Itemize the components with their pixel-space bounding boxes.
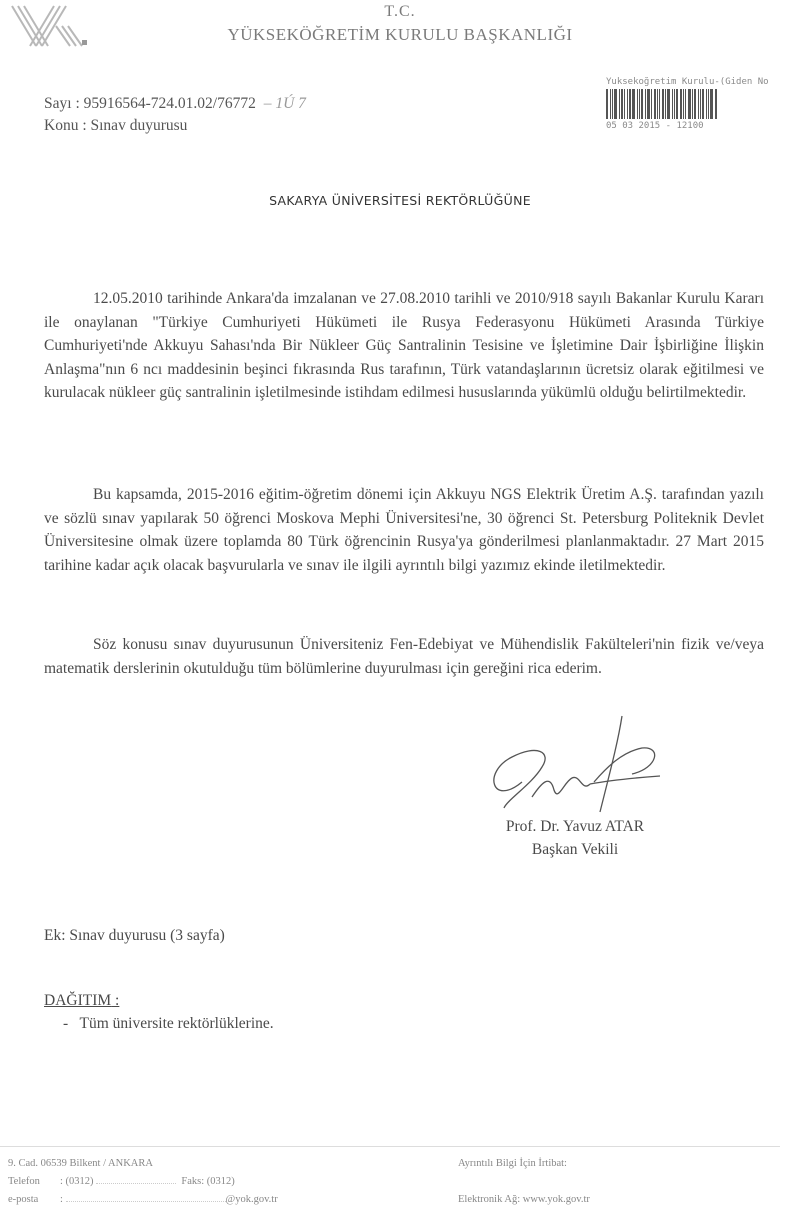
footer-address: 9. Cad. 06539 Bilkent / ANKARA (8, 1155, 278, 1173)
footer-divider (0, 1146, 780, 1147)
footer-phone: Telefon: (0312) Faks: (0312) (8, 1173, 278, 1191)
footer-fax: Faks: (0312) (181, 1176, 234, 1187)
footer-email: e-posta: @yok.gov.tr (8, 1191, 278, 1209)
registry-stamp: Yuksekoğretim Kurulu-(Giden No 05 03 201… (606, 77, 800, 131)
letterhead-tc: T.C. (0, 3, 800, 21)
handwritten-signature-icon (482, 712, 672, 817)
paragraph-3: Söz konusu sınav duyurusunun Üniversiten… (44, 633, 764, 680)
paragraph-1: 12.05.2010 tarihinde Ankara'da imzalanan… (44, 287, 764, 405)
letterhead-institution: YÜKSEKÖĞRETİM KURULU BAŞKANLIĞI (0, 25, 800, 45)
subject: Konu : Sınav duyurusu (44, 117, 187, 135)
footer-email-domain[interactable]: @yok.gov.tr (226, 1194, 278, 1205)
stamp-text: Yuksekoğretim Kurulu-(Giden No (606, 77, 800, 87)
footer-contact-label: Ayrıntılı Bilgi İçin İrtibat: (458, 1155, 590, 1173)
sayi-value: : 95916564-724.01.02/76772 (75, 95, 255, 112)
footer-address-block: 9. Cad. 06539 Bilkent / ANKARA Telefon: … (8, 1155, 278, 1209)
paragraph-2: Bu kapsamda, 2015-2016 eğitim-öğretim dö… (44, 483, 764, 577)
signatory: Prof. Dr. Yavuz ATAR Başkan Vekili (440, 815, 710, 861)
footer-website[interactable]: Elektronik Ağ: www.yok.gov.tr (458, 1191, 590, 1209)
stamp-date: 05 03 2015 - 12100 (606, 121, 800, 131)
signatory-name: Prof. Dr. Yavuz ATAR (440, 815, 710, 838)
reference-number: Sayı : 95916564-724.01.02/76772 – 1Ú 7 (44, 95, 306, 113)
konu-value: : Sınav duyurusu (82, 117, 187, 134)
signatory-title: Başkan Vekili (440, 838, 710, 861)
konu-label: Konu (44, 117, 78, 134)
sayi-label: Sayı (44, 95, 72, 112)
footer-contact-block: Ayrıntılı Bilgi İçin İrtibat: Elektronik… (458, 1155, 590, 1209)
addressee: SAKARYA ÜNİVERSİTESİ REKTÖRLÜĞÜNE (0, 193, 800, 208)
sayi-handwritten: – 1Ú 7 (264, 95, 306, 112)
barcode-icon (606, 89, 766, 119)
distribution-label: DAĞITIM : (44, 992, 119, 1010)
distribution-item: - Tüm üniversite rektörlüklerine. (63, 1015, 274, 1033)
attachment-note: Ek: Sınav duyurusu (3 sayfa) (44, 927, 225, 945)
